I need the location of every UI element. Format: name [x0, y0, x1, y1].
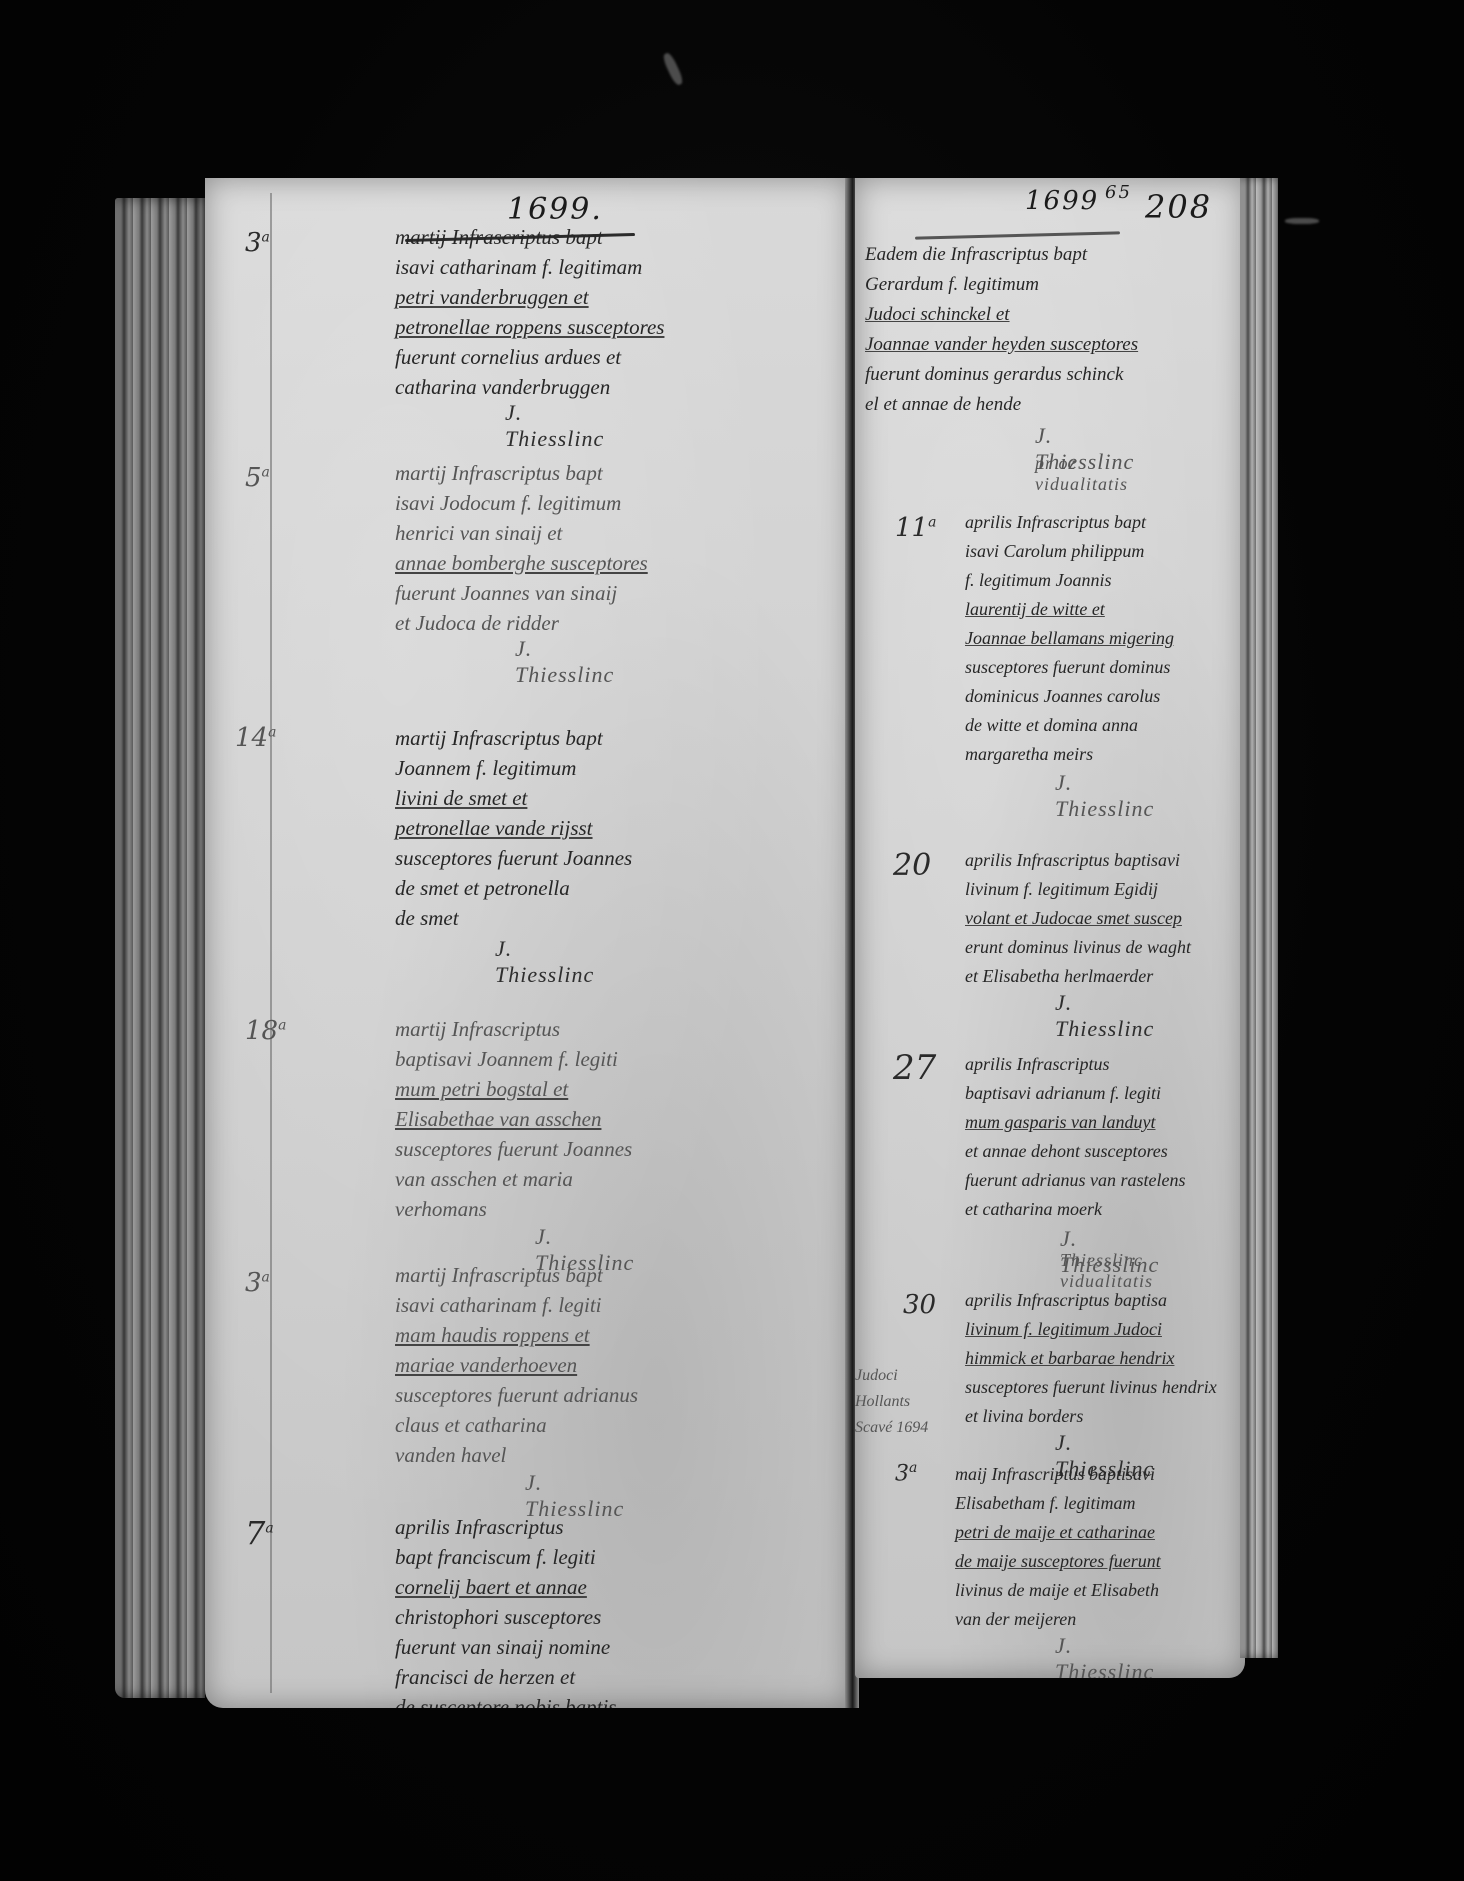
- dust-speck: [661, 51, 684, 86]
- entry-date: 3a: [245, 228, 270, 258]
- right-page-edges: [1240, 178, 1278, 1658]
- entry-text: aprilis Infrascriptus bapt franciscum f.…: [395, 1512, 616, 1708]
- priest-signature: J. Thiesslinc: [515, 636, 614, 688]
- entry-date: 5a: [245, 463, 270, 493]
- entry-text: Eadem die Infrascriptus bapt Gerardum f.…: [865, 240, 1138, 420]
- margin-rule: [270, 193, 272, 1693]
- entry-date: 7a: [245, 1514, 274, 1552]
- entry-date: 20: [893, 848, 931, 883]
- entry-date: 14a: [235, 723, 276, 753]
- margin-annotation: Judoci Hollants Scavé 1694: [855, 1363, 928, 1441]
- entry-text: martij Infrascriptus bapt isavi Jodocum …: [395, 458, 648, 638]
- right-page: 1699 65 208 Eadem die Infrascriptus bapt…: [855, 178, 1245, 1678]
- signature-note: pr oz vidualitatis: [1035, 453, 1128, 495]
- entry-text: martij Infrascriptus bapt isavi catharin…: [395, 222, 664, 402]
- entry-date: 11a: [895, 513, 936, 543]
- entry-text: martij Infrascriptus bapt Joannem f. leg…: [395, 723, 632, 933]
- folio-small: 65: [1105, 182, 1132, 203]
- priest-signature: J. Thiesslinc: [1055, 770, 1154, 822]
- entry-date: 30: [903, 1290, 936, 1320]
- year-heading: 1699: [1025, 186, 1099, 216]
- priest-signature: J. Thiesslinc: [495, 936, 594, 988]
- priest-signature: J. Thiesslinc: [1055, 1633, 1154, 1678]
- scan-background: 1699. 3a martij Infrascriptus bapt isavi…: [0, 0, 1464, 1881]
- open-register-book: 1699. 3a martij Infrascriptus bapt isavi…: [115, 178, 1305, 1708]
- entry-date: 3a: [245, 1268, 270, 1298]
- entry-text: aprilis Infrascriptus baptisa livinum f.…: [965, 1286, 1217, 1431]
- entry-text: aprilis Infrascriptus baptisavi adrianum…: [965, 1050, 1186, 1224]
- entry-text: martij Infrascriptus baptisavi Joannem f…: [395, 1014, 632, 1224]
- entry-date: 27: [893, 1048, 936, 1088]
- entry-text: martij Infrascriptus bapt isavi catharin…: [395, 1260, 638, 1470]
- left-page-edges: [115, 198, 205, 1698]
- entry-text: maij Infrascriptus baptisavi Elisabetham…: [955, 1460, 1161, 1634]
- entry-text: aprilis Infrascriptus baptisavi livinum …: [965, 846, 1191, 991]
- priest-signature: J. Thiesslinc: [505, 400, 604, 452]
- entry-text: aprilis Infrascriptus bapt isavi Carolum…: [965, 508, 1174, 769]
- entry-date: 18a: [245, 1016, 286, 1046]
- priest-signature: J. Thiesslinc: [1055, 990, 1154, 1042]
- folio-number: 208: [1145, 188, 1212, 226]
- entry-date: 3a: [895, 1460, 917, 1486]
- heading-rule: [915, 231, 1120, 239]
- left-page: 1699. 3a martij Infrascriptus bapt isavi…: [205, 178, 850, 1708]
